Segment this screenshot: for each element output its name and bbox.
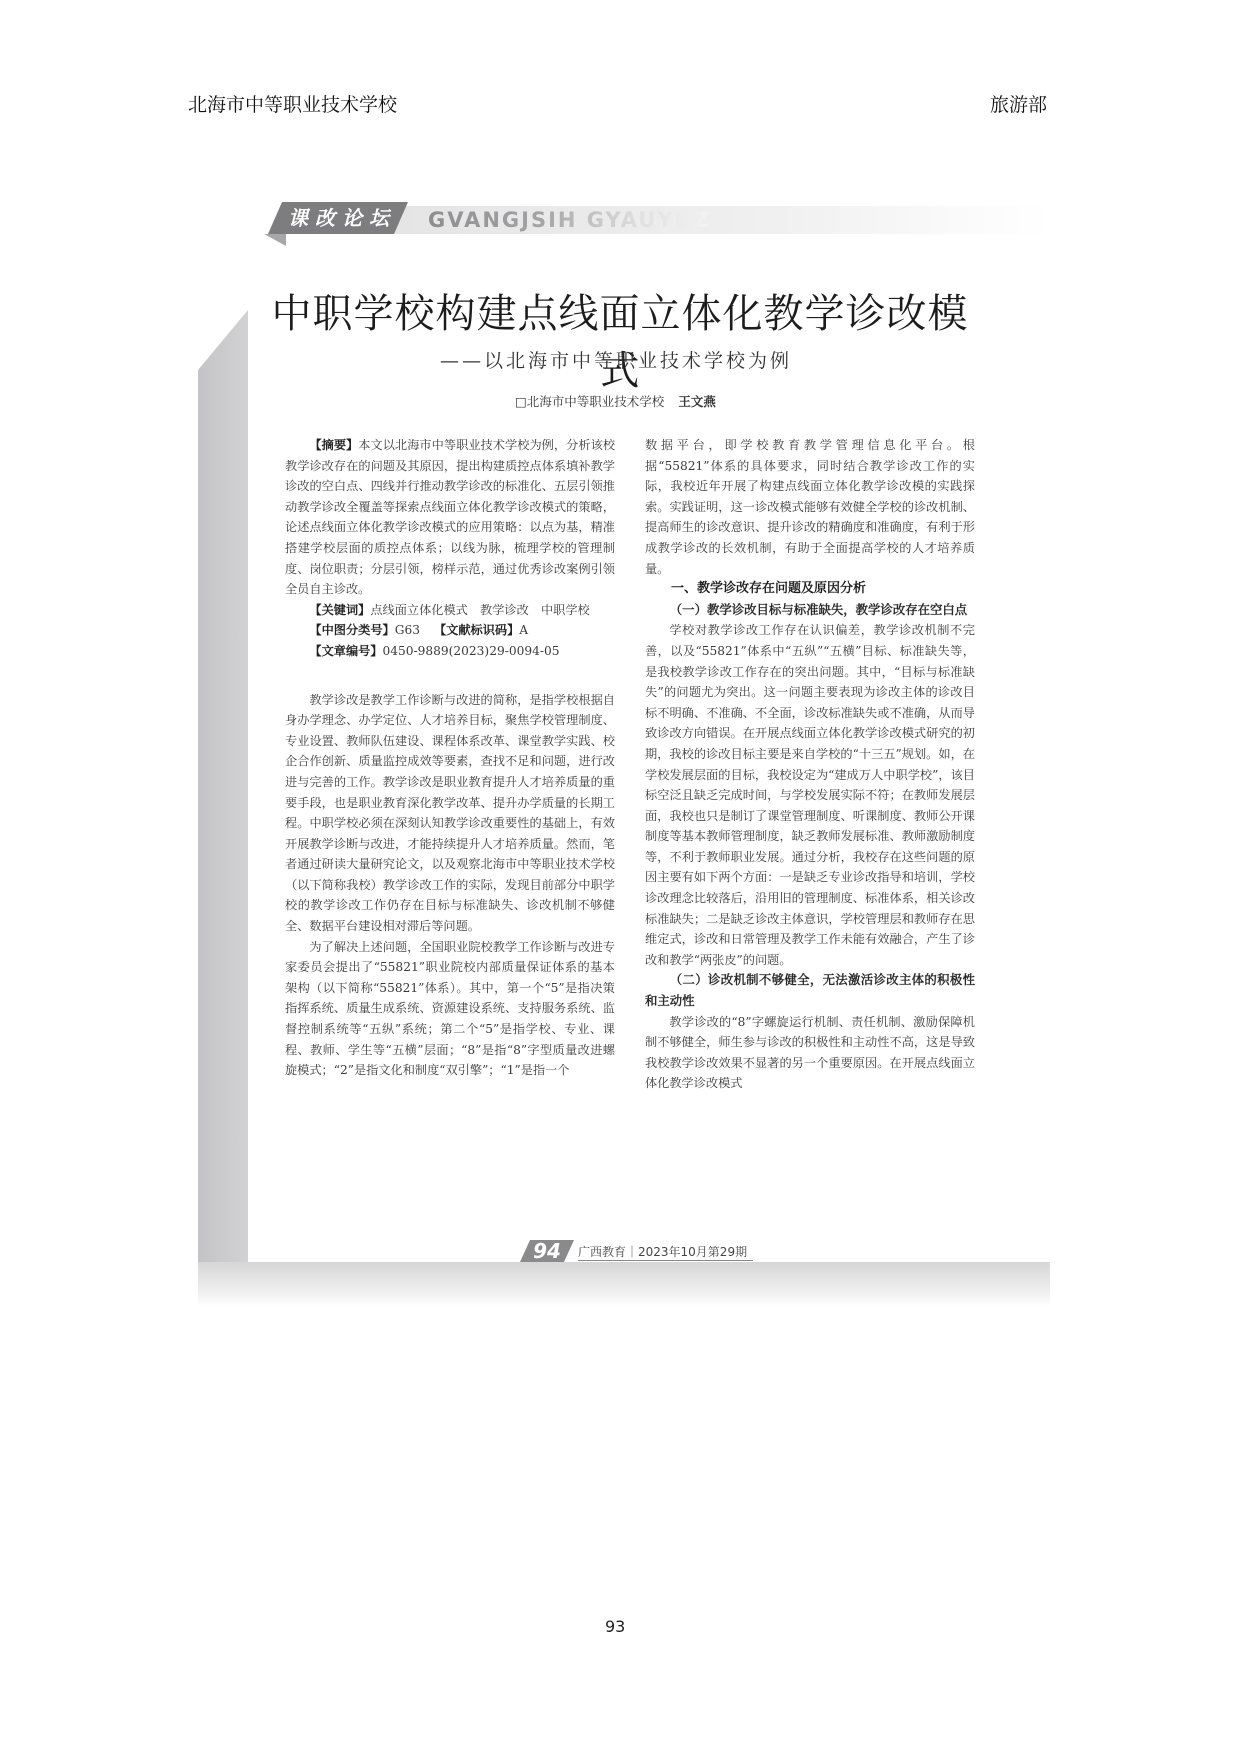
column-name: 课改论坛 bbox=[268, 202, 408, 234]
keywords: 【关键词】点线面立体化模式 教学诊改 中职学校 bbox=[285, 600, 615, 621]
journal-footer: 94 广西教育｜2023年10月第29期 bbox=[520, 1240, 760, 1264]
left-column: 【摘要】本文以北海市中等职业技术学校为例，分析该校教学诊改存在的问题及其原因，提… bbox=[285, 435, 615, 1081]
doc-code-label: 【文献标识码】 bbox=[434, 623, 519, 637]
page-number: 93 bbox=[605, 1617, 625, 1636]
column-pinyin: GVANGJSIH GYAUYUZ bbox=[428, 206, 711, 234]
page-bottom-shadow bbox=[198, 1262, 1050, 1306]
affiliation: □北海市中等职业技术学校 bbox=[515, 394, 664, 409]
doc-code-value: A bbox=[519, 623, 528, 637]
article-no-label: 【文章编号】 bbox=[309, 644, 382, 658]
body-paragraph: 教学诊改的“8”字螺旋运行机制、责任机制、激励保障机制不够健全，师生参与诊改的积… bbox=[645, 1012, 975, 1094]
classification-line: 【中图分类号】G63【文献标识码】A bbox=[285, 620, 615, 641]
clc-label: 【中图分类号】 bbox=[309, 623, 394, 637]
body-paragraph: 学校对教学诊改工作存在认识偏差，教学诊改机制不完善，以及“55821”体系中“五… bbox=[645, 620, 975, 970]
keywords-label: 【关键词】 bbox=[309, 603, 370, 617]
abstract-text: 本文以北海市中等职业技术学校为例，分析该校教学诊改存在的问题及其原因，提出构建质… bbox=[285, 438, 615, 596]
article-number-line: 【文章编号】0450-9889(2023)29-0094-05 bbox=[285, 641, 615, 662]
decorative-left-bar-cap bbox=[198, 310, 248, 370]
body-paragraph: 教学诊改是教学工作诊断与改进的简称，是指学校根据自身办学理念、办学定位、人才培养… bbox=[285, 690, 615, 937]
subsection-heading: （一）教学诊改目标与标准缺失，教学诊改存在空白点 bbox=[645, 600, 975, 621]
abstract-label: 【摘要】 bbox=[309, 438, 358, 452]
keywords-text: 点线面立体化模式 教学诊改 中职学校 bbox=[370, 603, 589, 617]
running-header-school: 北海市中等职业技术学校 bbox=[188, 90, 397, 117]
author: 王文燕 bbox=[678, 394, 716, 409]
byline: □北海市中等职业技术学校王文燕 bbox=[515, 392, 716, 410]
clc-value: G63 bbox=[395, 623, 420, 637]
column-banner: 课改论坛 GVANGJSIH GYAUYUZ bbox=[268, 202, 1048, 236]
journal-page-number: 94 bbox=[520, 1240, 574, 1262]
section-spacer bbox=[285, 662, 615, 690]
right-column: 数据平台，即学校教育教学管理信息化平台。根据“55821”体系的具体要求，同时结… bbox=[645, 435, 975, 1094]
body-paragraph: 为了解决上述问题，全国职业院校教学工作诊断与改进专家委员会提出了“55821”职… bbox=[285, 937, 615, 1081]
subsection-heading: （二）诊改机制不够健全，无法激活诊改主体的积极性和主动性 bbox=[645, 970, 975, 1011]
article-title: 中职学校构建点线面立体化教学诊改模式 bbox=[260, 282, 980, 396]
article-no-value: 0450-9889(2023)29-0094-05 bbox=[383, 644, 560, 658]
abstract: 【摘要】本文以北海市中等职业技术学校为例，分析该校教学诊改存在的问题及其原因，提… bbox=[285, 435, 615, 600]
body-paragraph-continued: 数据平台，即学校教育教学管理信息化平台。根据“55821”体系的具体要求，同时结… bbox=[645, 435, 975, 579]
article-subtitle: ——以北海市中等职业技术学校为例 bbox=[440, 346, 792, 373]
journal-info: 广西教育｜2023年10月第29期 bbox=[578, 1243, 753, 1261]
decorative-left-bar bbox=[198, 310, 248, 1262]
section-heading: 一、教学诊改存在问题及原因分析 bbox=[645, 579, 975, 600]
running-header-department: 旅游部 bbox=[990, 90, 1047, 117]
banner-tail-shape bbox=[264, 234, 286, 246]
